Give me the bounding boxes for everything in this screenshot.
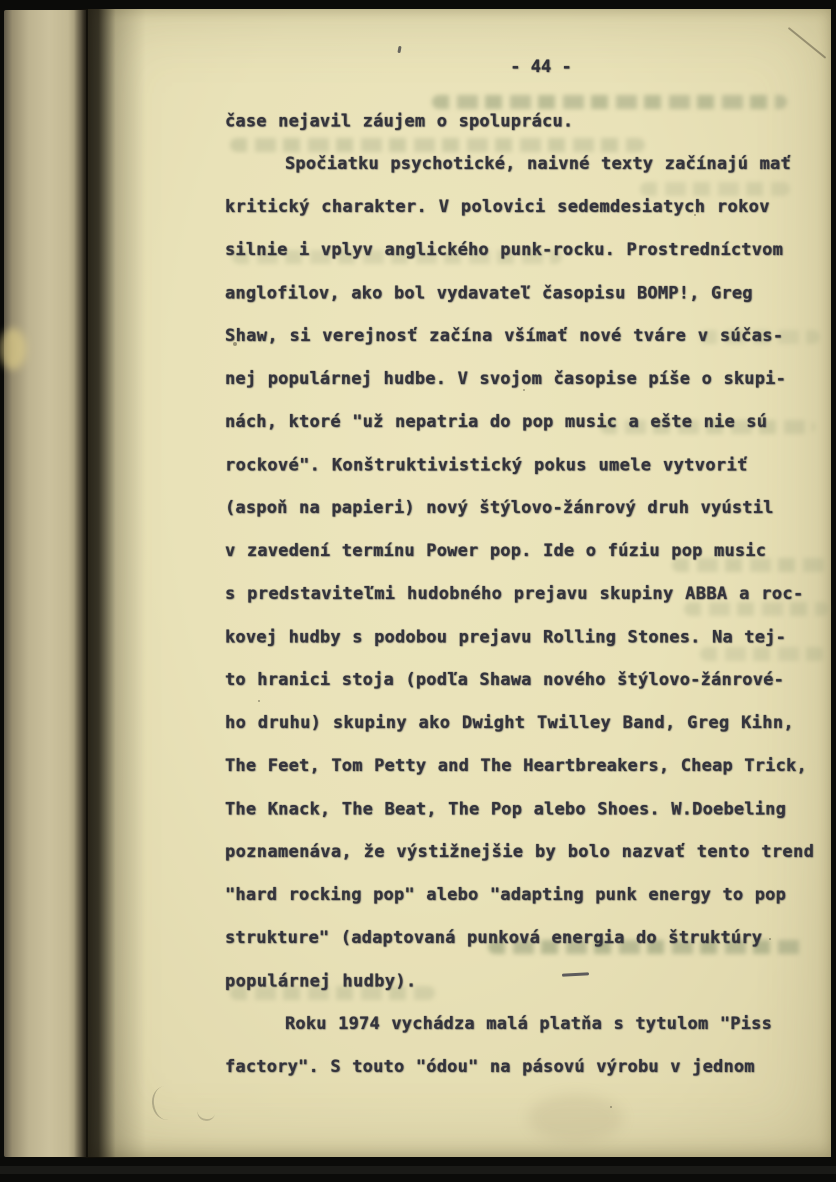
text-line: to hranici stoja (podľa Shawa nového štý…: [225, 659, 825, 702]
text-line: The Knack, The Beat, The Pop alebo Shoes…: [225, 789, 825, 832]
text-line: factory". S touto "ódou" na pásovú výrob…: [225, 1046, 825, 1089]
text-line: Spočiatku psychotické, naivné texty začí…: [225, 143, 825, 186]
text-line: populárnej hudby).: [225, 961, 825, 1004]
ink-speck: [523, 389, 525, 391]
text-line: nách, ktoré "už nepatria do pop music a …: [225, 401, 825, 444]
text-line: rockové". Konštruktivistický pokus umele…: [225, 445, 825, 488]
paper-stain: [0, 328, 26, 370]
text-line: (aspoň na papieri) nový štýlovo-žánrový …: [225, 487, 825, 530]
text-line: "hard rocking pop" alebo "adapting punk …: [225, 874, 825, 917]
text-line: silnie i vplyv anglického punk-rocku. Pr…: [225, 229, 825, 272]
text-line: poznamenáva, že výstižnejšie by bolo naz…: [225, 831, 825, 874]
text-line: ho druhu) skupiny ako Dwight Twilley Ban…: [225, 702, 825, 745]
ink-speck: [769, 938, 771, 940]
typewritten-text: čase nejavil záujem o spoluprácu. Spočia…: [225, 100, 825, 1089]
ink-speck: [694, 214, 696, 216]
text-line: v zavedení termínu Power pop. Ide o fúzi…: [225, 530, 825, 573]
text-line: kovej hudby s podobou prejavu Rolling St…: [225, 617, 825, 660]
ink-speck: [233, 342, 237, 346]
text-line: nej populárnej hudbe. V svojom časopise …: [225, 358, 825, 401]
scanner-edge-shadow: [0, 1166, 836, 1174]
text-line: anglofilov, ako bol vydavateľ časopisu B…: [225, 273, 825, 316]
text-line: strukture" (adaptovaná punková energia d…: [225, 917, 825, 960]
paper-smudge: [528, 1094, 623, 1142]
text-line: čase nejavil záujem o spoluprácu.: [225, 101, 825, 144]
ink-speck: [610, 1106, 612, 1108]
text-line: s predstaviteľmi hudobného prejavu skupi…: [225, 573, 825, 616]
text-line: kritický charakter. V polovici sedemdesi…: [225, 186, 825, 229]
text-line: Roku 1974 vychádza malá platňa s tytulom…: [225, 1003, 825, 1046]
scanned-book-page: - 44 - čase nejavil záujem o spoluprácu.…: [0, 0, 836, 1182]
page-number: - 44 -: [496, 57, 586, 77]
text-line: The Feet, Tom Petty and The Heartbreaker…: [225, 745, 825, 788]
text-line: Shaw, si verejnosť začína všímať nové tv…: [225, 315, 825, 358]
ink-speck: [258, 700, 260, 702]
previous-page-edge: [4, 10, 86, 1157]
